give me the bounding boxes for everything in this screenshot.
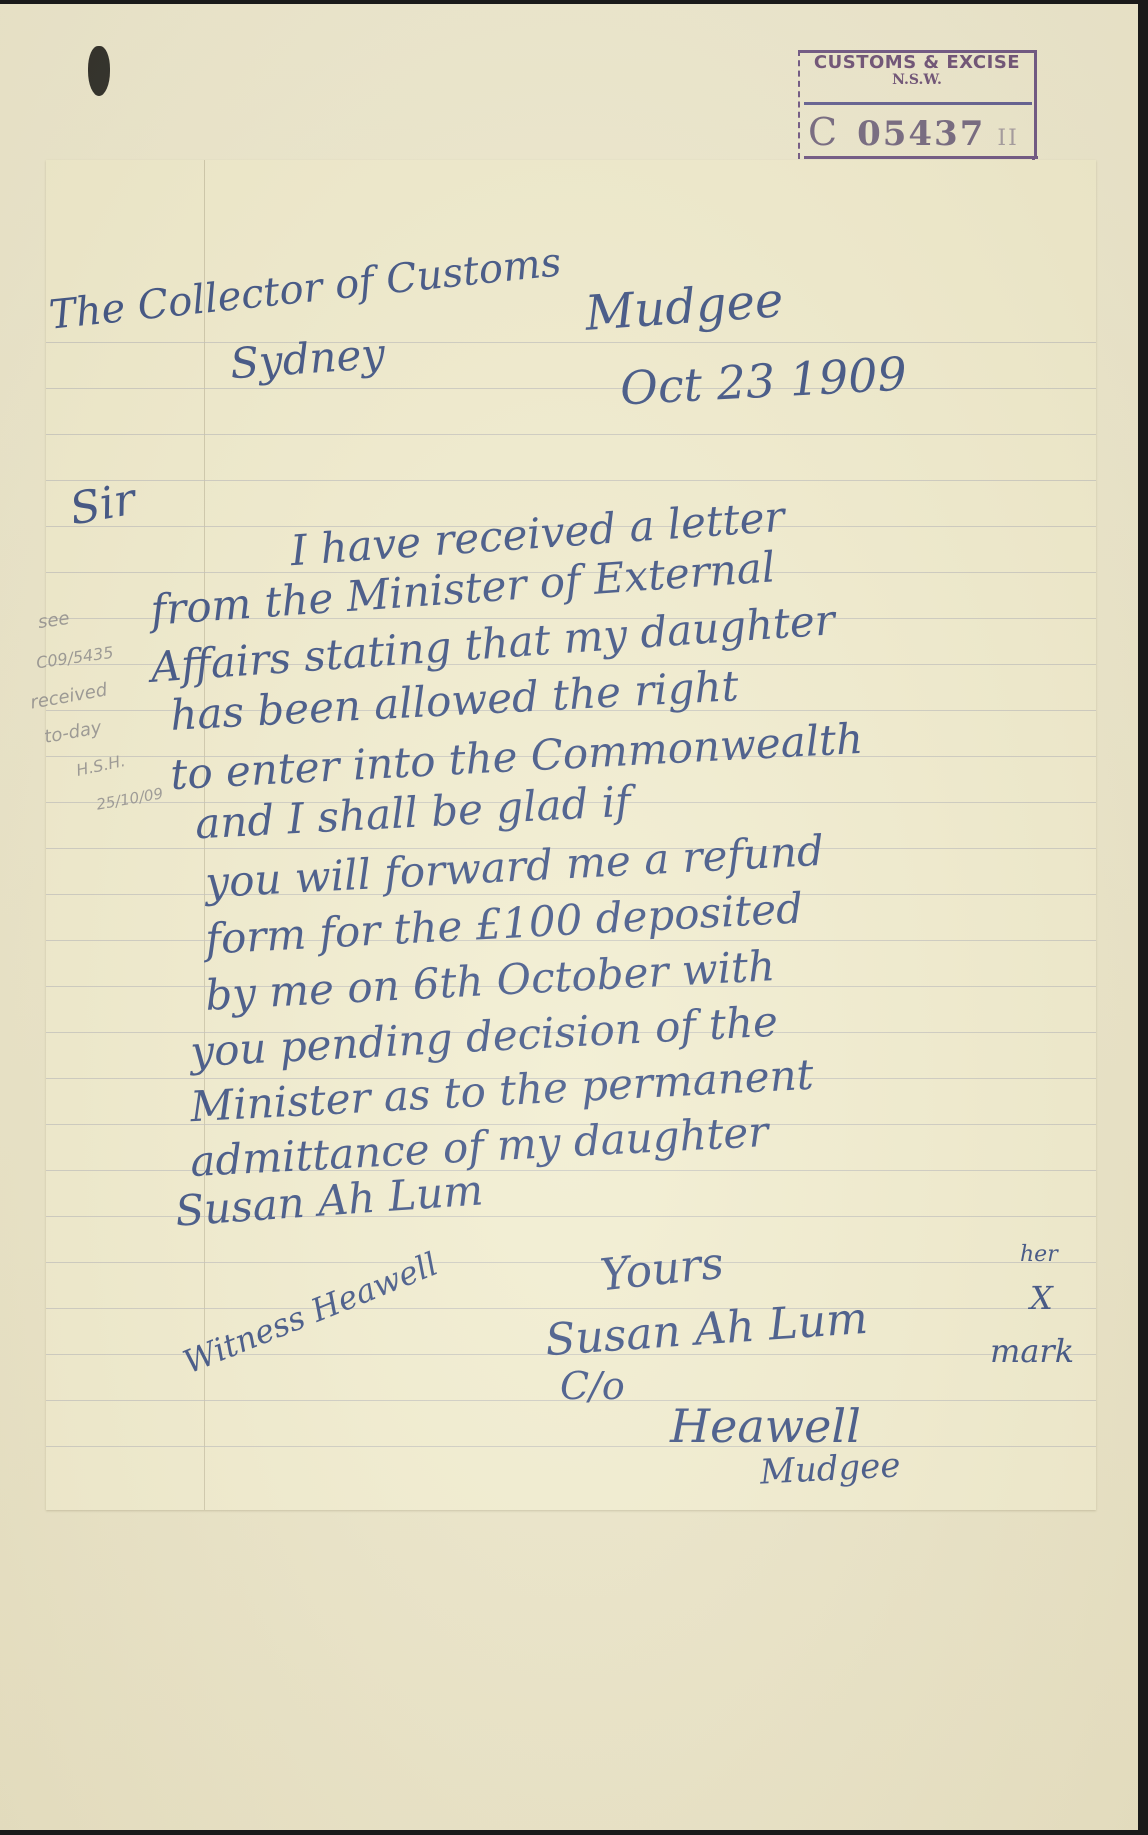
stamp-divider xyxy=(804,156,1038,159)
letter-date: Oct 23 1909 xyxy=(619,347,908,416)
stamp-border-top xyxy=(798,50,1037,159)
body-line: form for the £100 deposited xyxy=(204,883,804,963)
ruled-line xyxy=(46,1032,1096,1033)
stamp-suffix: II xyxy=(997,126,1018,151)
body-line: Susan Ah Lum xyxy=(174,1165,485,1235)
body-line: to enter into the Commonwealth xyxy=(169,714,864,799)
ruled-line xyxy=(46,526,1096,527)
body-line: admittance of my daughter xyxy=(189,1107,769,1186)
ruled-line xyxy=(46,802,1096,803)
stamp-number-value: 05437 xyxy=(857,114,985,154)
ruled-line xyxy=(46,1216,1096,1217)
margin-note-line: see xyxy=(37,608,71,633)
recipient-line1: The Collector of Customs xyxy=(47,239,563,339)
body-line: and I shall be glad if xyxy=(194,777,632,849)
ruled-line xyxy=(46,986,1096,987)
ruled-line xyxy=(46,1170,1096,1171)
body-line: from the Minister of External xyxy=(149,542,777,635)
salutation: Sir xyxy=(66,474,139,536)
punch-hole xyxy=(88,46,110,96)
ruled-line xyxy=(46,388,1096,389)
margin-note-line: to-day xyxy=(43,717,103,748)
margin-note-line: H.S.H. xyxy=(75,751,127,780)
ruled-line xyxy=(46,940,1096,941)
body-line: by me on 6th October with xyxy=(204,941,776,1020)
stamp-subtitle: N.S.W. xyxy=(802,72,1032,88)
stamp-divider xyxy=(804,102,1032,105)
stamp-border-bottom xyxy=(804,156,1035,213)
margin-note-line: 25/10/09 xyxy=(95,784,164,813)
body-line: Minister as to the permanent xyxy=(189,1050,814,1132)
recipient-line2: Sydney xyxy=(228,329,386,389)
body-line: you will forward me a refund xyxy=(204,826,825,907)
ruled-line xyxy=(46,710,1096,711)
body-line: has been allowed the right xyxy=(169,661,739,740)
ruled-line xyxy=(46,1354,1096,1355)
care-of-name: Heawell xyxy=(670,1399,861,1453)
backing-sheet: CUSTOMS & EXCISE N.S.W. C05437II 25-OC-0… xyxy=(0,4,1138,1830)
care-of: C/o xyxy=(560,1364,625,1408)
margin-note-line: received xyxy=(29,679,109,713)
letter-sheet xyxy=(46,160,1096,1510)
customs-stamp: CUSTOMS & EXCISE N.S.W. C05437II 25-OC-0… xyxy=(798,50,1038,212)
stamp-prefix: C xyxy=(808,110,839,154)
ruled-line xyxy=(46,1308,1096,1309)
ruled-line xyxy=(46,894,1096,895)
care-of-place: Mudgee xyxy=(759,1445,901,1492)
margin-note-line: C09/5435 xyxy=(35,643,115,673)
letter-place: Mudgee xyxy=(583,272,785,342)
stamp-number: C05437II xyxy=(808,110,1028,154)
stamp-title: CUSTOMS & EXCISE xyxy=(802,54,1032,72)
ruled-line xyxy=(46,1078,1096,1079)
signature-name: Susan Ah Lum xyxy=(544,1293,870,1366)
ruled-line xyxy=(46,1124,1096,1125)
margin-line xyxy=(204,160,205,1510)
ruled-line xyxy=(46,572,1096,573)
ruled-line xyxy=(46,756,1096,757)
signature-mark: X xyxy=(1030,1279,1053,1317)
ruled-line xyxy=(46,342,1096,343)
ruled-line xyxy=(46,848,1096,849)
closing: Yours xyxy=(598,1238,726,1302)
ruled-line xyxy=(46,618,1096,619)
ruled-line xyxy=(46,664,1096,665)
body-line: Affairs stating that my daughter xyxy=(149,595,836,692)
ruled-line xyxy=(46,1262,1096,1263)
ruled-line xyxy=(46,1446,1096,1447)
ruled-line xyxy=(46,480,1096,481)
signature-mark-below: mark xyxy=(990,1332,1074,1370)
body-line: you pending decision of the xyxy=(189,997,779,1077)
witness-note: Witness Heawell xyxy=(178,1245,443,1382)
ruled-line xyxy=(46,1400,1096,1401)
signature-mark-above: her xyxy=(1020,1242,1058,1267)
stamp-date: 25-OC-09 xyxy=(798,170,1038,191)
ruled-line xyxy=(46,434,1096,435)
body-line: I have received a letter xyxy=(289,492,786,575)
